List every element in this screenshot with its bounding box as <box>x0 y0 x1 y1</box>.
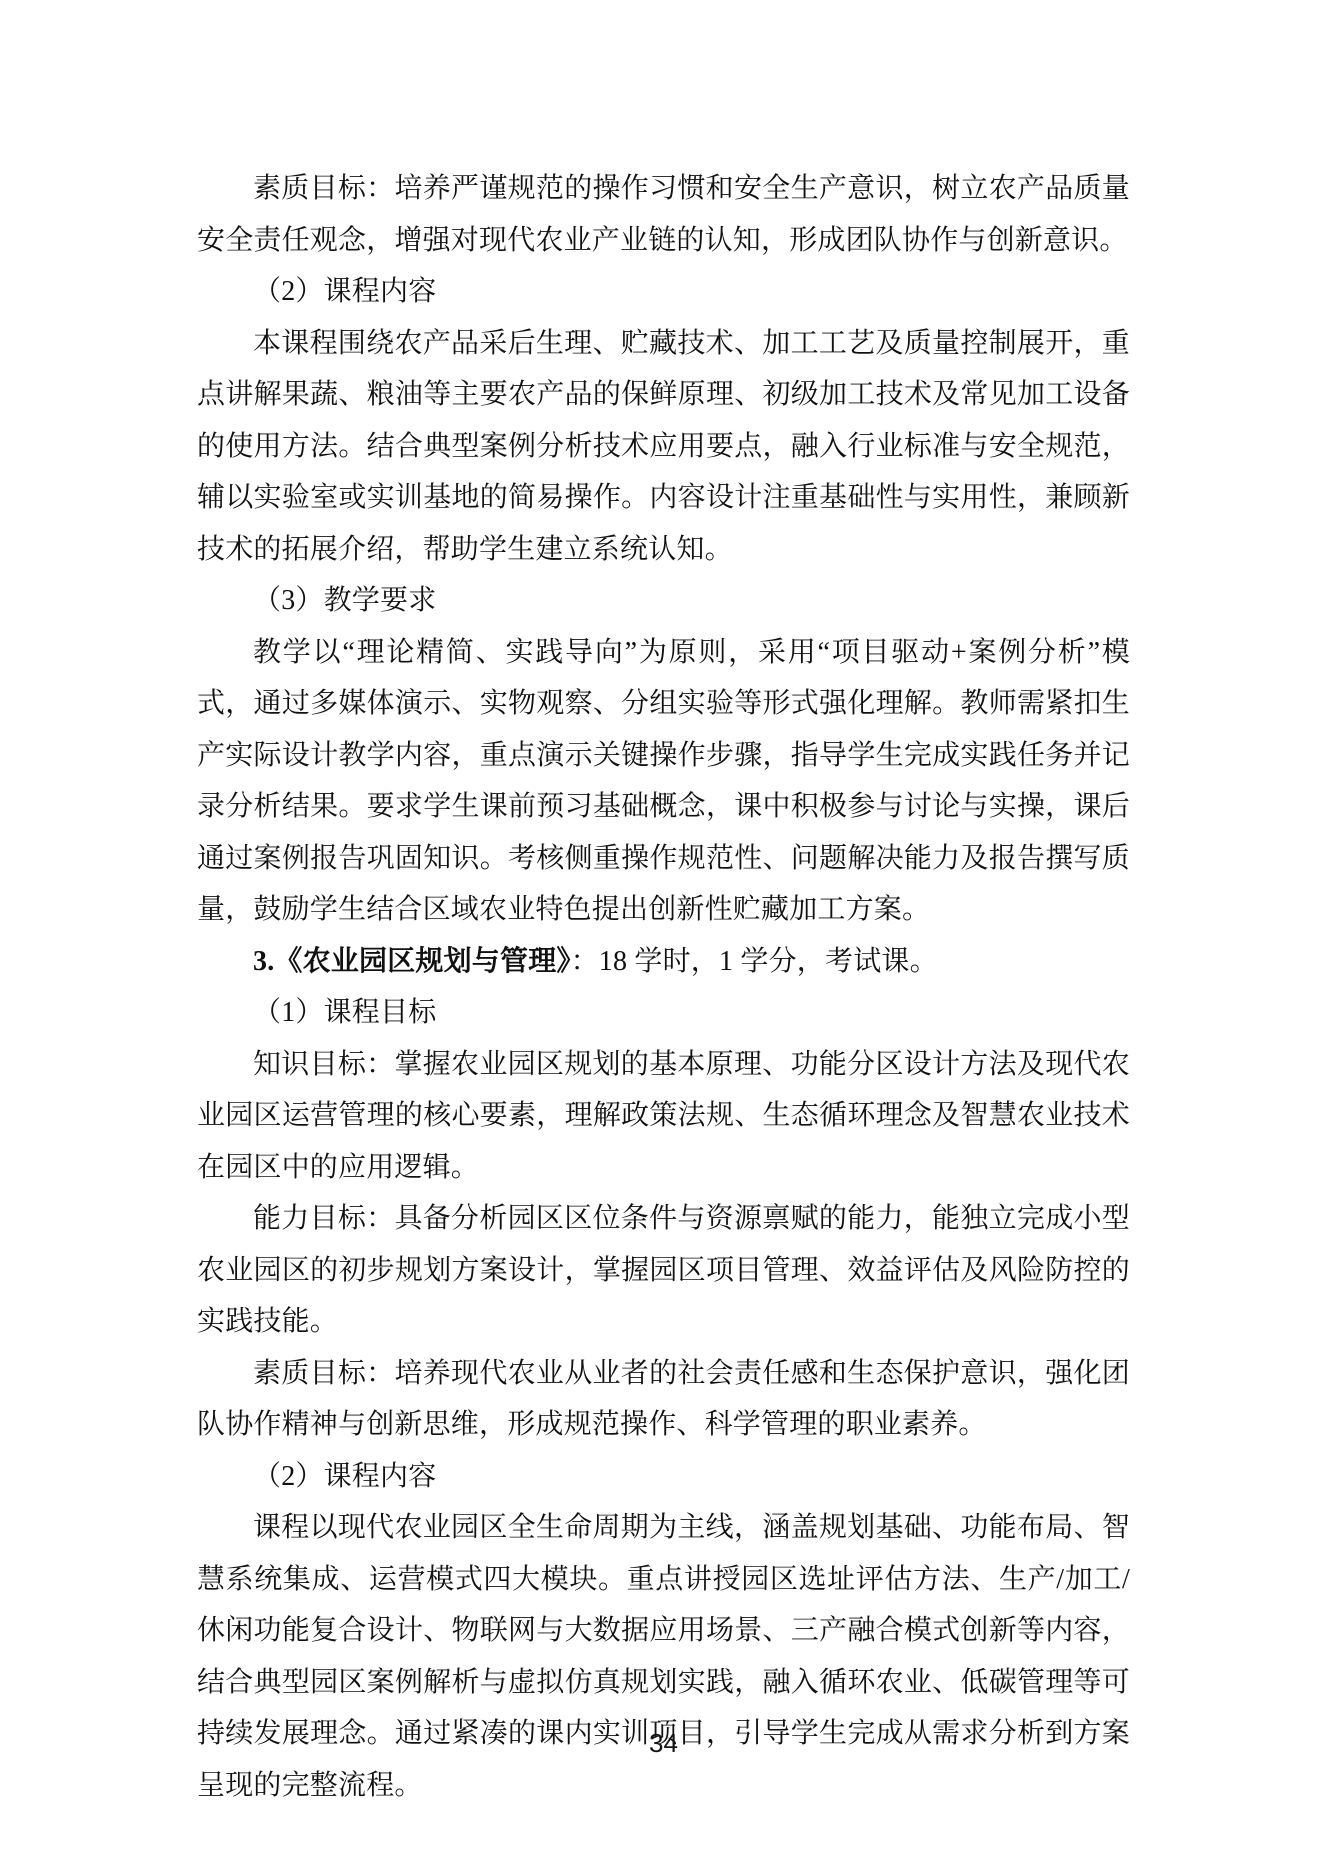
text-run: 素质目标：培养现代农业从业者的社会责任感和生态保护意识，强化团队协作精神与创新思… <box>197 1358 1130 1441</box>
text-run: 知识目标：掌握农业园区规划的基本原理、功能分区设计方法及现代农业园区运营管理的核… <box>197 1049 1130 1183</box>
document-body: 素质目标：培养严谨规范的操作习惯和安全生产意识，树立农产品质量安全责任观念，增强… <box>197 163 1130 1811</box>
paragraph: 素质目标：培养严谨规范的操作习惯和安全生产意识，树立农产品质量安全责任观念，增强… <box>197 163 1130 266</box>
paragraph: 知识目标：掌握农业园区规划的基本原理、功能分区设计方法及现代农业园区运营管理的核… <box>197 1039 1130 1194</box>
text-run: （2）课程内容 <box>253 276 436 307</box>
paragraph: 课程以现代农业园区全生命周期为主线，涵盖规划基础、功能布局、智慧系统集成、运营模… <box>197 1502 1130 1811</box>
paragraph: 素质目标：培养现代农业从业者的社会责任感和生态保护意识，强化团队协作精神与创新思… <box>197 1348 1130 1451</box>
paragraph: 本课程围绕农产品采后生理、贮藏技术、加工工艺及质量控制展开，重点讲解果蔬、粮油等… <box>197 318 1130 576</box>
paragraph: （2）课程内容 <box>197 1451 1130 1503</box>
paragraph: 教学以“理论精简、实践导向”为原则，采用“项目驱动+案例分析”模式，通过多媒体演… <box>197 627 1130 936</box>
paragraph: 能力目标：具备分析园区区位条件与资源禀赋的能力，能独立完成小型农业园区的初步规划… <box>197 1193 1130 1348</box>
text-run: 本课程围绕农产品采后生理、贮藏技术、加工工艺及质量控制展开，重点讲解果蔬、粮油等… <box>197 328 1130 565</box>
paragraph: （3）教学要求 <box>197 575 1130 627</box>
paragraph: （1）课程目标 <box>197 987 1130 1039</box>
text-run: （3）教学要求 <box>253 585 436 616</box>
text-run: （2）课程内容 <box>253 1461 436 1492</box>
text-run: 素质目标：培养严谨规范的操作习惯和安全生产意识，树立农产品质量安全责任观念，增强… <box>197 173 1130 256</box>
document-page: 素质目标：培养严谨规范的操作习惯和安全生产意识，树立农产品质量安全责任观念，增强… <box>0 0 1323 1871</box>
paragraph: 3.《农业园区规划与管理》：18 学时，1 学分，考试课。 <box>197 936 1130 988</box>
text-run: ：18 学时，1 学分，考试课。 <box>571 946 938 977</box>
paragraph: （2）课程内容 <box>197 266 1130 318</box>
paragraph-list: 素质目标：培养严谨规范的操作习惯和安全生产意识，树立农产品质量安全责任观念，增强… <box>197 163 1130 1811</box>
text-run: 教学以“理论精简、实践导向”为原则，采用“项目驱动+案例分析”模式，通过多媒体演… <box>197 637 1130 926</box>
page-footer: 34 <box>197 1728 1130 1759</box>
bold-text-run: 3.《农业园区规划与管理》 <box>253 946 571 977</box>
text-run: 能力目标：具备分析园区区位条件与资源禀赋的能力，能独立完成小型农业园区的初步规划… <box>197 1203 1130 1337</box>
text-run: （1）课程目标 <box>253 997 436 1028</box>
page-number: 34 <box>649 1728 678 1758</box>
